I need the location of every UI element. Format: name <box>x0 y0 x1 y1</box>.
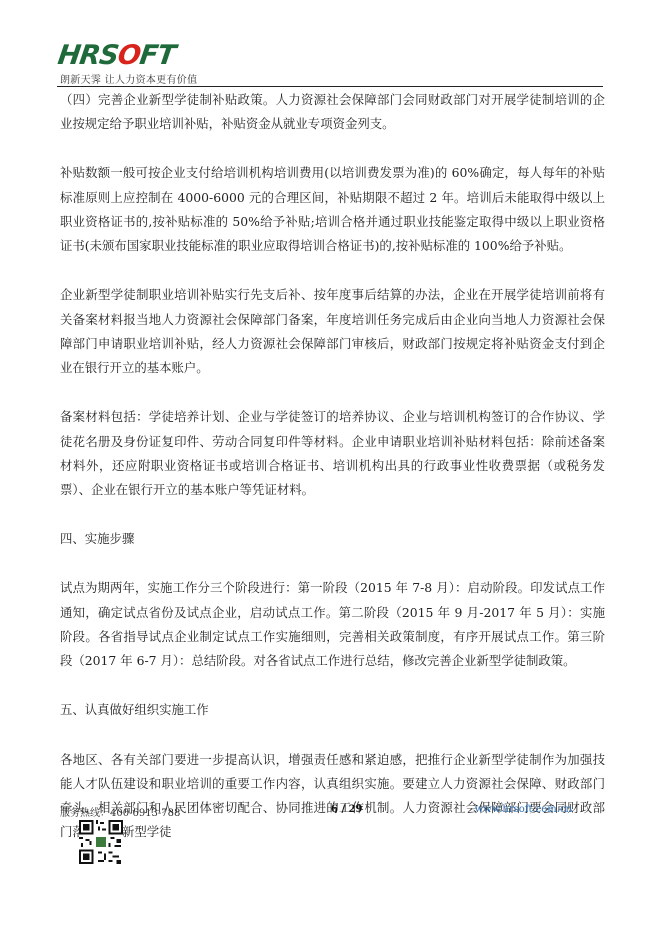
paragraph-filing-materials: 备案材料包括：学徒培养计划、企业与学徒签订的培养协议、企业与培训机构签订的合作协… <box>60 405 605 502</box>
section-heading-implementation-steps: 四、实施步骤 <box>60 527 605 551</box>
service-hotline: 服务热线：400-6913-788 <box>60 804 180 819</box>
paragraph-settlement-method: 企业新型学徒制职业培训补贴实行先支后补、按年度事后结算的办法，企业在开展学徒培训… <box>60 283 605 380</box>
paragraph-subsidy-policy: （四）完善企业新型学徒制补贴政策。人力资源社会保障部门会同财政部门对开展学徒制培… <box>60 88 605 137</box>
logo-text-suffix: FT <box>138 40 177 71</box>
website-link[interactable]: www.hrsoft.com.cn <box>475 804 572 815</box>
qr-code-icon <box>79 820 123 864</box>
logo-text-prefix: HRS <box>56 40 120 71</box>
header-divider <box>57 86 603 87</box>
paragraph-organization: 各地区、各有关部门要进一步提高认识，增强责任感和紧迫感，把推行企业新型学徒制作为… <box>60 748 605 845</box>
section-heading-organization: 五、认真做好组织实施工作 <box>60 698 605 722</box>
company-logo: HRSOFT 朗新天霁 让人力资本更有价值 <box>58 42 208 84</box>
paragraph-subsidy-amount: 补贴数额一般可按企业支付给培训机构培训费用(以培训费发票为准)的 60%确定，每… <box>60 161 605 258</box>
page-indicator: 6 / 29 <box>331 804 363 815</box>
paragraph-pilot-phases: 试点为期两年，实施工作分三个阶段进行：第一阶段（2015 年 7-8 月）：启动… <box>60 576 605 673</box>
logo-wordmark: HRSOFT <box>56 42 177 70</box>
logo-tagline: 朗新天霁 让人力资本更有价值 <box>60 71 197 86</box>
document-body: （四）完善企业新型学徒制补贴政策。人力资源社会保障部门会同财政部门对开展学徒制培… <box>60 88 605 870</box>
page-footer: 服务热线：400-6913-788 6 / 29 www.hrsoft.com.… <box>60 804 572 820</box>
